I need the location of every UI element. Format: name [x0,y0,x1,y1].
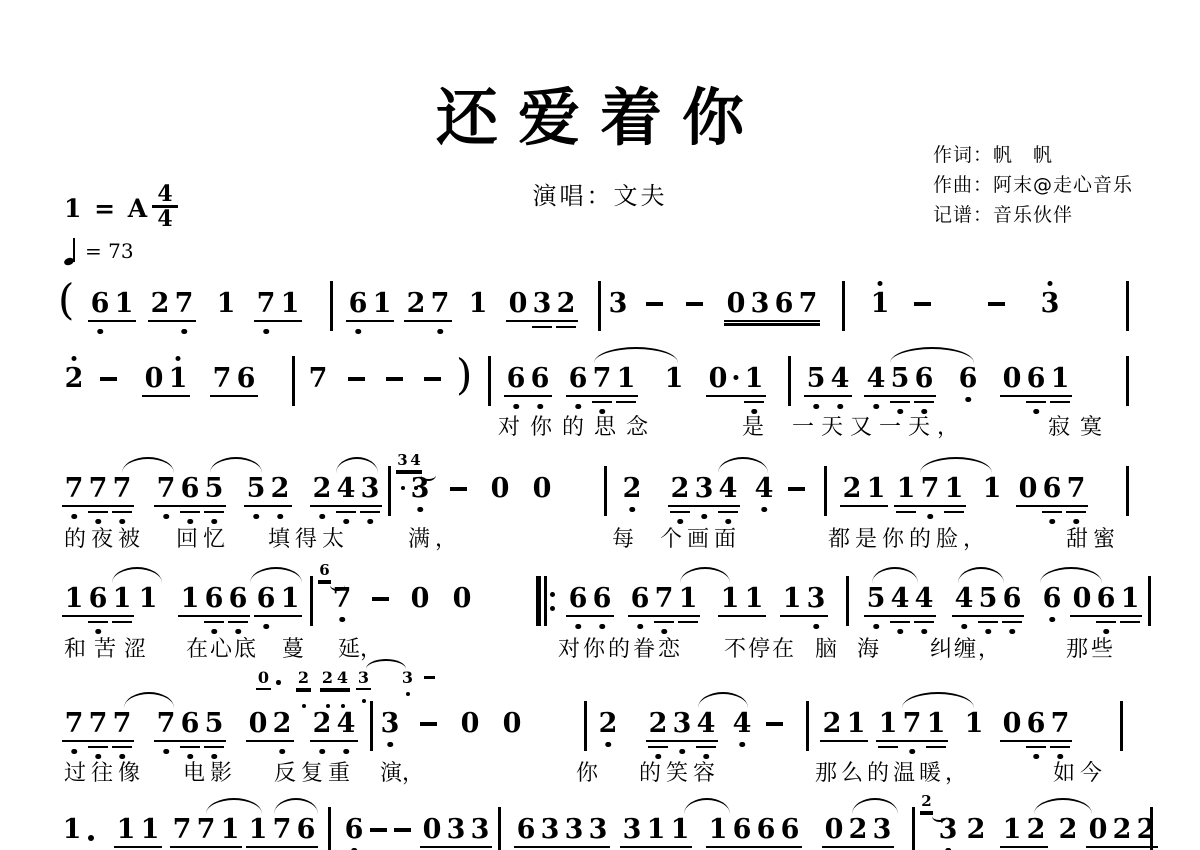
barline [846,576,849,626]
note: 2 [1024,814,1048,844]
note-digit: 3 [447,816,466,843]
note-digit: 3 [609,290,628,317]
note: 2 [846,814,870,844]
beam-group: 01 [142,363,190,397]
note-digit: 6 [569,585,588,612]
beam-group: 2 [596,708,620,740]
octave-dot-below [629,507,635,513]
note-digit: 4 [337,475,356,502]
note: 6 [566,363,590,393]
note-digit: 6 [345,816,364,843]
slur-arc [112,567,162,583]
note-digit: 0 [423,816,442,843]
note: 6 [342,814,366,844]
note: 3 [870,814,894,844]
note: 2 [404,288,428,318]
note: 0 [506,288,530,318]
note-digit: 2 [599,710,618,737]
grace-notes: 2 [920,793,947,813]
beam-group: 6333 [514,814,610,848]
slur-arc [890,347,974,363]
note: 0 [246,708,270,738]
beam-group: 0 [450,583,474,615]
beam-group: 2 [62,363,86,395]
note: 3 [670,708,694,738]
note-digit: 1 [709,816,728,843]
octave-dot-below [927,514,933,520]
note: 6 [754,814,778,844]
note-digit: 7 [655,585,674,612]
note: 0 [1016,473,1040,503]
duration-dash [988,302,1005,306]
note: 2 [320,668,335,687]
octave-dot-below [909,749,915,755]
octave-dot-below [575,624,581,630]
beam-group: 061 [1070,583,1142,617]
note: 5 [202,473,226,503]
note-digit: 2 [671,475,690,502]
note-digit: 3 [1041,290,1060,317]
barline [1126,466,1129,516]
note-digit: 6 [319,563,329,578]
beam-group: 067 [1000,708,1072,742]
note-digit: 2 [623,475,642,502]
octave-dot-below [873,624,879,630]
octave-dot-below [71,749,77,755]
note-digit: 3 [565,816,584,843]
note: 0 [408,583,432,613]
note-digit: 6 [531,365,550,392]
lyric-segment: 都是你的脸， [828,522,990,553]
barline [488,356,491,406]
parenthesis: ( [58,279,74,321]
note-digit: 3 [471,816,490,843]
note: 4 [334,473,358,503]
note-digit: 6 [1043,475,1062,502]
note-digit: 3 [623,816,642,843]
note: 0 [822,814,846,844]
music-line: 201767)6667110·1544566061 [0,363,1200,397]
augmentation-dot [88,835,94,841]
beam-group: 171 [876,708,948,742]
note-digit: 7 [921,475,940,502]
note: 1 [894,473,918,503]
note-digit: 7 [197,816,216,843]
note-digit: 6 [237,365,256,392]
note: 6 [178,473,202,503]
lyric-segment: 电影 [183,756,237,787]
octave-dot-below [277,514,283,520]
note: 1 [844,708,868,738]
note-digit: 2 [921,794,931,809]
note-digit: 1 [63,816,82,843]
lyrics-line: 的夜被回忆填得太满，每个画面都是你的脸，甜蜜 [0,522,1200,550]
beam-group: 3 [400,668,415,688]
beam-group: 7 [330,583,354,615]
note-digit: 1 [665,365,684,392]
note-digit: 1 [115,290,134,317]
note-digit: 7 [157,710,176,737]
note: 2 [310,708,334,738]
note-digit: 2 [1059,816,1078,843]
beam-group: 24 [320,668,350,690]
note-digit: 1 [617,365,636,392]
note: 4 [828,363,852,393]
note: 2 [646,708,670,738]
note-digit: 5 [891,365,910,392]
note-digit: 4 [891,585,910,612]
beam-group: 0 [500,708,524,740]
note-digit: 1 [965,710,984,737]
note: 1 [62,583,86,613]
note: 0 [724,288,748,318]
beam-group: 061 [1000,363,1072,397]
grace-notes: 6 [318,562,345,582]
note-digit: 7 [113,475,132,502]
barline [604,466,607,516]
note: 3 [804,583,828,613]
note-digit: 0 [1089,816,1108,843]
note-digit: 1 [745,365,764,392]
note: 2 [1110,814,1134,844]
note: 6 [178,708,202,738]
note-digit: 0 [709,365,728,392]
note-digit: 1 [65,585,84,612]
note-digit: 3 [939,816,958,843]
beam-group: 27 [148,288,196,322]
duration-dash [686,302,703,306]
slur-arc [122,457,174,473]
note: 6 [1040,583,1064,613]
note: 2 [964,814,988,844]
note-digit: 7 [431,290,450,317]
note-digit: 5 [205,475,224,502]
lyric-segment: 填得太 [268,522,349,553]
note: 7 [330,583,354,613]
note: 6 [1094,583,1118,613]
octave-dot-below [343,749,349,755]
note-digit: 1 [927,710,946,737]
lyric-segment: 演， [380,756,424,787]
octave-dot-below [813,404,819,410]
repeat-start-sign [536,576,555,626]
duration-dash [370,828,387,832]
note-digit: 2 [298,670,309,686]
slur-arc [852,798,898,814]
slur-arc [336,457,378,473]
note: 6 [254,583,278,613]
note-digit: 2 [407,290,426,317]
note-digit: 6 [205,585,224,612]
repeat-dot [550,592,555,597]
beam-group: 3 [936,814,960,846]
beam-group: 4 [730,708,754,740]
augmentation-dot [276,680,281,685]
note-digit: 2 [1137,816,1156,843]
note-digit: 6 [915,365,934,392]
note: 2 [310,473,334,503]
note: 7 [210,363,234,393]
note-digit: 0 [258,670,269,686]
note-digit: 4 [410,453,420,468]
note-digit: 0 [825,816,844,843]
note: 0 [458,708,482,738]
lyric-segment: 反复重 [274,756,355,787]
octave-dot-below [387,742,393,748]
note-digit: 2 [649,710,668,737]
barline [598,281,601,331]
note: 6 [346,288,370,318]
note-digit: 1 [139,585,158,612]
note: 5 [888,363,912,393]
beam-group: 0367 [724,288,820,322]
slur-arc [274,798,318,814]
duration-dash [348,377,365,381]
beam-group: 11 [114,814,162,848]
barline [328,807,331,850]
note: 7 [1048,708,1072,738]
note-digit: 4 [337,670,348,686]
note-digit: 1 [1051,365,1070,392]
note: 1 [980,473,1004,503]
octave-dot-below [637,624,643,630]
note: 2 [668,473,692,503]
note: 1 [662,363,686,393]
beam-group: 033 [420,814,492,848]
slur-arc [680,567,730,583]
beam-group: 171 [894,473,966,507]
note-digit: 4 [831,365,850,392]
beam-group: 52 [244,473,292,507]
note-digit: 4 [719,475,738,502]
note-digit: 7 [213,365,232,392]
beam-group: 032 [506,288,578,322]
note-digit: · [731,365,740,392]
duration-dash [386,377,403,381]
note-digit: 3 [397,453,407,468]
note-digit: 6 [775,290,794,317]
note-digit: 1 [945,475,964,502]
note: 0 [1086,814,1110,844]
note-digit: 7 [175,290,194,317]
note-digit: 6 [507,365,526,392]
note: 0 [1000,363,1024,393]
note: 7 [172,288,196,318]
beam-group: 6 [956,363,980,395]
note-digit: 7 [1051,710,1070,737]
beam-group: 0 [256,668,271,690]
beam-group: 765 [154,473,226,507]
note-digit: 2 [823,710,842,737]
beam-group: 161 [62,583,134,617]
note: 2 [1134,814,1158,844]
beam-group: 61 [88,288,136,322]
beam-group: 34 [396,452,422,472]
note: 6 [294,814,318,844]
note-digit: 1 [721,585,740,612]
note: 2 [296,668,311,687]
octave-dot-above [72,356,77,361]
music-line: 777765022430022344211711067 [0,708,1200,742]
note-digit: 1 [847,710,866,737]
beam-group: 1 [868,288,892,320]
note: 1 [742,363,766,393]
barline [1148,576,1151,626]
note: 5 [202,708,226,738]
note-digit: 5 [247,475,266,502]
music-line: 16111666167006667111135444566061 [0,583,1200,617]
note-digit: 3 [361,475,380,502]
lyric-segment: 的笑容 [639,756,720,787]
note-digit: 6 [257,585,276,612]
note: 3 [378,708,402,738]
beam-group: 3 [356,668,371,690]
beam-group: 4 [752,473,776,505]
barline [370,701,373,751]
note-digit: 0 [491,475,510,502]
note: 1 [1000,814,1024,844]
note: 3 [692,473,716,503]
note: 4 [864,363,888,393]
note-digit: 1 [871,290,890,317]
note-digit: 7 [157,475,176,502]
lyric-segment: 个画面 [660,522,741,553]
lyric-segment: 回忆 [176,522,230,553]
lyric-segment: 在心底 [186,632,258,663]
beam-group: 771 [170,814,242,848]
note-digit: 1 [671,816,690,843]
note-digit: 4 [915,585,934,612]
note-digit: 7 [173,816,192,843]
lyric-segment: 脑 [815,632,837,663]
octave-dot-below [71,514,77,520]
lyric-segment: 纠缠， [930,632,1002,663]
note: 4 [912,583,936,613]
octave-dot-below [339,617,345,623]
note-digit: 3 [807,585,826,612]
note-digit: 6 [1043,585,1062,612]
note-digit: 7 [273,816,292,843]
note: 1 [60,814,84,844]
note-digit: 1 [221,816,240,843]
octave-dot-below [837,404,843,410]
note: 4 [730,708,754,738]
note-digit: 0 [249,710,268,737]
duration-dash [100,377,117,381]
note: 7 [154,708,178,738]
note-digit: 0 [509,290,528,317]
note: 7 [86,473,110,503]
beam-group: 1 [962,708,986,740]
octave-dot-below [263,624,269,630]
note-digit: 1 [181,585,200,612]
octave-dot-above [1048,281,1053,286]
beam-group: 3 [1038,288,1062,320]
beam-group: 6 [1040,583,1064,615]
octave-dot-below [961,624,967,630]
note: 1 [166,363,190,393]
lyric-segment: 寂寞 [1048,410,1112,441]
note: 0 [420,814,444,844]
note-digit: 4 [733,710,752,737]
note: 3 [356,668,371,687]
octave-dot-below [181,329,187,335]
note: 1 [644,814,668,844]
music-line: 022433 [0,668,1200,702]
duration-dash [646,302,663,306]
octave-dot-below [701,514,707,520]
note: 3 [468,814,492,844]
note: 7 [254,288,278,318]
beam-group: 1666 [706,814,802,848]
note-digit: 4 [337,710,356,737]
note: 1 [676,583,700,613]
note: 7 [306,363,330,393]
note: 0 [1000,708,1024,738]
lyric-segment: 是 [742,410,764,441]
note-digit: 7 [65,710,84,737]
note-digit: 6 [733,816,752,843]
barline [806,701,809,751]
note: 3 [1038,288,1062,318]
repeat-dot [550,606,555,611]
note: 6 [86,583,110,613]
note-digit: 1 [679,585,698,612]
beam-group: 66 [566,583,614,617]
beam-group: 24 [310,708,358,742]
parenthesis: ) [456,354,472,396]
note: 1 [110,583,134,613]
octave-dot-below [263,329,269,335]
beam-group: 765 [154,708,226,742]
lyric-segment: 不停在 [724,632,796,663]
note-digit: 3 [873,816,892,843]
beam-group: 7 [306,363,330,395]
note: 2 [920,793,933,810]
beam-group: 671 [566,363,638,397]
note: 5 [804,363,828,393]
note: 6 [1040,473,1064,503]
barline [842,281,845,331]
note-digit: 0 [461,710,480,737]
note-digit: 1 [169,365,188,392]
note-digit: 0 [453,585,472,612]
note: 4 [409,452,422,469]
lyric-segment: 海 [857,632,879,663]
octave-dot-below [406,692,410,696]
note: 1 [942,473,966,503]
lyric-segment: 过往像 [64,756,145,787]
note-digit: 2 [967,816,986,843]
slur-arc [1040,567,1102,583]
beam-group: 0 [488,473,512,505]
note: 1 [114,814,138,844]
slur-arc [594,347,678,363]
note-digit: 3 [381,710,400,737]
note-digit: 1 [141,816,160,843]
barline [330,281,333,331]
note-digit: 6 [1027,710,1046,737]
beam-group: 21 [820,708,868,742]
duration-dash [372,597,389,601]
beam-group: 3 [408,473,432,505]
note: 5 [976,583,1000,613]
note-digit: 7 [65,475,84,502]
note: 0 [706,363,730,393]
note-digit: 3 [358,670,369,686]
note: 0 [1070,583,1094,613]
note-digit: 0 [145,365,164,392]
